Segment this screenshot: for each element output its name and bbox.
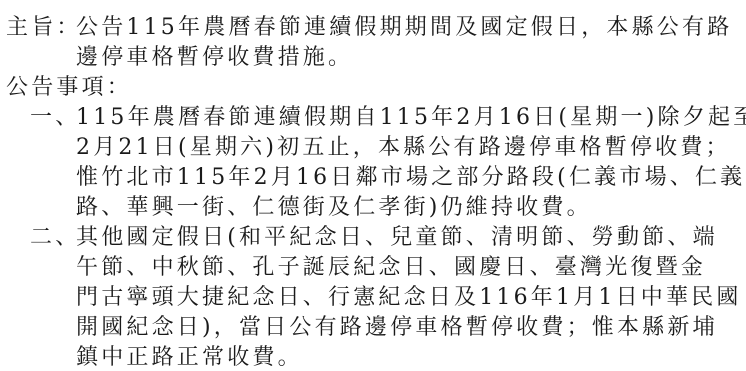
item-1-marker: 一、 — [30, 103, 80, 133]
items-heading: 公告事項： — [6, 73, 132, 103]
item-1-line-1: 115年農曆春節連續假期自115年2月16日(星期一)除夕起至 — [76, 103, 746, 133]
announcement-document: 主旨： 公告115年農曆春節連續假期期間及國定假日，本縣公有路 邊停車格暫停收費… — [0, 0, 746, 371]
item-2-line-3: 門古寧頭大捷紀念日、行憲紀念日及116年1月1日中華民國 — [76, 283, 742, 313]
item-2-line-5: 鎮中正路正常收費。 — [76, 343, 303, 371]
subject-label: 主旨： — [6, 13, 82, 43]
item-1-line-3: 惟竹北市115年2月16日鄰市場之部分路段(仁義市場、仁義 — [76, 163, 745, 193]
subject-line-2: 邊停車格暫停收費措施。 — [76, 43, 353, 73]
item-2-line-4: 開國紀念日)，當日公有路邊停車格暫停收費；惟本縣新埔 — [76, 313, 718, 343]
subject-line-1: 公告115年農曆春節連續假期期間及國定假日，本縣公有路 — [76, 13, 732, 43]
item-1-line-2: 2月21日(星期六)初五止，本縣公有路邊停車格暫停收費； — [76, 133, 731, 163]
item-2-marker: 二、 — [30, 223, 80, 253]
item-1-line-4: 路、華興一街、仁德街及仁孝街)仍維持收費。 — [76, 193, 592, 223]
item-2-line-2: 午節、中秋節、孔子誕辰紀念日、國慶日、臺灣光復暨金 — [76, 253, 706, 283]
item-2-line-1: 其他國定假日(和平紀念日、兒童節、清明節、勞動節、端 — [76, 223, 718, 253]
